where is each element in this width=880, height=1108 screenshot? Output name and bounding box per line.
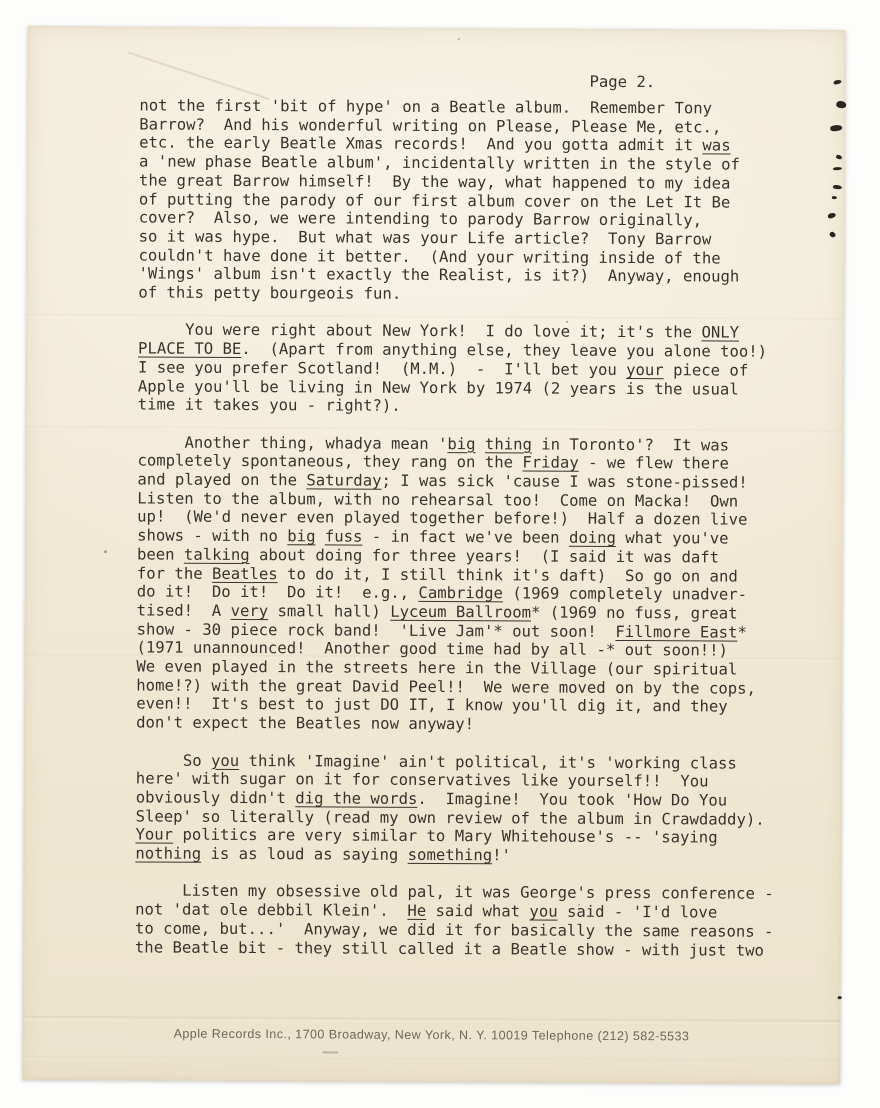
letter-body: not the first 'bit of hype' on a Beatle …	[135, 96, 778, 960]
letter-page: Page 2. not the first 'bit of hype' on a…	[22, 26, 846, 1084]
letter-line: don't expect the Beatles now anyway!	[136, 714, 774, 736]
ink-mark	[836, 100, 847, 108]
paper-speck	[458, 38, 460, 40]
underlined-text: Fillmore East	[615, 623, 737, 642]
ink-mark	[836, 154, 843, 160]
underlined-text: Saturday	[306, 471, 381, 489]
paper-speck	[322, 1051, 338, 1053]
underlined-text: ONLY	[701, 324, 739, 342]
letter-line: nothing is as loud as saying something!'	[135, 845, 773, 867]
underlined-text: dig the words	[295, 789, 417, 808]
ink-mark	[833, 79, 842, 85]
underlined-text: thing	[485, 435, 532, 453]
letter-paragraph: not the first 'bit of hype' on a Beatle …	[138, 96, 777, 305]
letter-paragraph: You were right about New York! I do love…	[138, 321, 777, 418]
underlined-text: doing	[569, 529, 616, 547]
letter-paragraph: Listen my obsessive old pal, it was Geor…	[135, 882, 774, 960]
letter-line: time it takes you - right?).	[138, 396, 776, 418]
underlined-text: He	[407, 902, 426, 920]
underlined-text: big	[287, 527, 315, 545]
letter-paragraph: Another thing, whadya mean 'big thing in…	[136, 433, 776, 736]
underlined-text: nothing	[135, 845, 201, 863]
paper-crease	[127, 51, 270, 100]
underlined-text: fuss	[325, 528, 363, 546]
underlined-text: PLACE TO BE	[138, 340, 241, 359]
ink-mark	[833, 167, 842, 171]
ink-mark	[833, 185, 842, 190]
letter-line: of this petty bourgeois fun.	[138, 283, 776, 305]
underlined-text: Your	[135, 826, 173, 844]
letterhead-footer: Apple Records Inc., 1700 Broadway, New Y…	[22, 1026, 840, 1044]
underlined-text: talking	[184, 546, 250, 564]
underlined-text: very	[231, 602, 269, 620]
ink-mark	[830, 125, 843, 132]
underlined-text: Friday	[522, 454, 578, 472]
underlined-text: was	[702, 137, 730, 155]
ink-mark	[838, 996, 842, 999]
underlined-text: your	[626, 361, 664, 379]
underlined-text: Cambridge	[418, 584, 503, 602]
underlined-text: Lyceum Ballroom	[390, 603, 531, 622]
ink-mark	[832, 196, 837, 199]
ink-mark	[829, 231, 837, 238]
letter-line: the Beatle bit - they still called it a …	[135, 938, 773, 960]
letter-paragraph: So you think 'Imagine' ain't political, …	[135, 751, 774, 867]
paper-speck	[104, 550, 107, 553]
paper-crease	[22, 1056, 840, 1063]
underlined-text: you	[529, 903, 557, 921]
underlined-text: Beatles	[212, 564, 278, 582]
underlined-text: something	[408, 846, 493, 864]
ink-mark	[827, 212, 836, 219]
underlined-text: you	[211, 751, 239, 769]
underlined-text: big	[447, 435, 475, 453]
page-number: Page 2.	[589, 73, 655, 92]
paper-crease	[23, 1016, 841, 1024]
